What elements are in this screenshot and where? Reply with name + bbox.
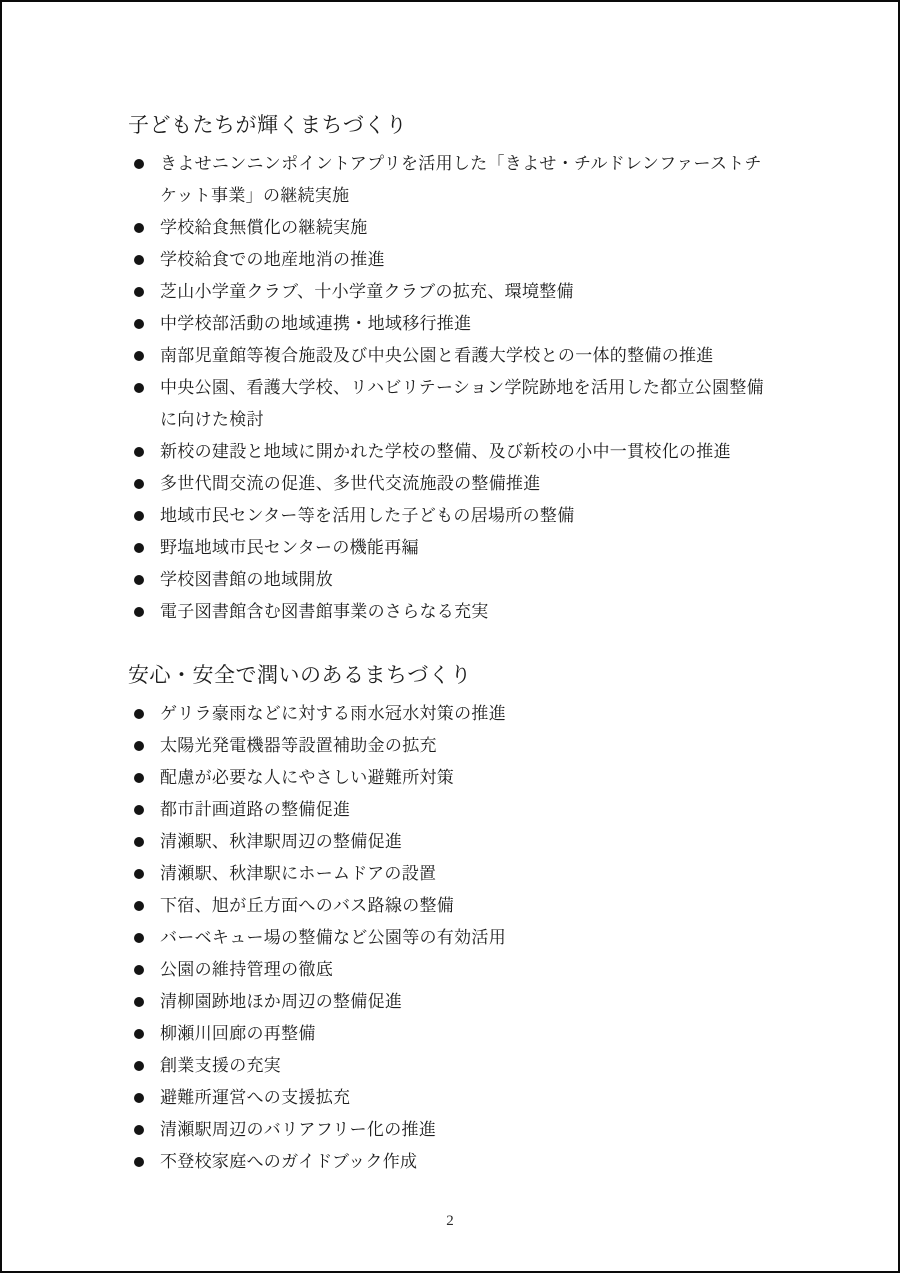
bullet-icon [134, 901, 144, 911]
list-item: 学校給食での地産地消の推進 [128, 244, 776, 276]
bullet-icon [134, 741, 144, 751]
list-item-text: 創業支援の充実 [160, 1056, 281, 1075]
list-item-text: 太陽光発電機器等設置補助金の拡充 [160, 736, 437, 755]
list-item-text: 清瀬駅、秋津駅周辺の整備促進 [160, 832, 402, 851]
bullet-icon [134, 383, 144, 393]
list-item-text: 学校給食での地産地消の推進 [160, 250, 385, 269]
bullet-icon [134, 575, 144, 585]
list-item: 地域市民センター等を活用した子どもの居場所の整備 [128, 500, 776, 532]
document-page: 子どもたちが輝くまちづくり きよせニンニンポイントアプリを活用した「きよせ・チル… [128, 110, 776, 1178]
list-item-text: 南部児童館等複合施設及び中央公園と看護大学校との一体的整備の推進 [160, 346, 714, 365]
bullet-icon [134, 709, 144, 719]
bullet-icon [134, 319, 144, 329]
list-item-text: 清瀬駅周辺のバリアフリー化の推進 [160, 1120, 436, 1139]
list-item: 清瀬駅、秋津駅周辺の整備促進 [128, 826, 776, 858]
list-item: 配慮が必要な人にやさしい避難所対策 [128, 762, 776, 794]
list-item-text: 芝山小学童クラブ、十小学童クラブの拡充、環境整備 [160, 282, 574, 301]
list-item: 清瀬駅、秋津駅にホームドアの設置 [128, 858, 776, 890]
list-item: 下宿、旭が丘方面へのバス路線の整備 [128, 890, 776, 922]
list-item-text: 都市計画道路の整備促進 [160, 800, 350, 819]
bullet-icon [134, 1157, 144, 1167]
list-item-text: 電子図書館含む図書館事業のさらなる充実 [160, 602, 489, 621]
list-item: 学校図書館の地域開放 [128, 564, 776, 596]
list-item: 不登校家庭へのガイドブック作成 [128, 1146, 776, 1178]
list-item-text: 中学校部活動の地域連携・地域移行推進 [160, 314, 471, 333]
list-item: 創業支援の充実 [128, 1050, 776, 1082]
list-item: 芝山小学童クラブ、十小学童クラブの拡充、環境整備 [128, 276, 776, 308]
list-item: ゲリラ豪雨などに対する雨水冠水対策の推進 [128, 698, 776, 730]
bullet-icon [134, 223, 144, 233]
bullet-icon [134, 607, 144, 617]
list-item-text: 野塩地域市民センターの機能再編 [160, 538, 419, 557]
section-safety: 安心・安全で潤いのあるまちづくり ゲリラ豪雨などに対する雨水冠水対策の推進太陽光… [128, 660, 776, 1178]
list-item-text: 地域市民センター等を活用した子どもの居場所の整備 [160, 506, 575, 525]
list-item: 多世代間交流の促進、多世代交流施設の整備推進 [128, 468, 776, 500]
list-item: 避難所運営への支援拡充 [128, 1082, 776, 1114]
bullet-icon [134, 965, 144, 975]
bullet-icon [134, 869, 144, 879]
list-item-text: 下宿、旭が丘方面へのバス路線の整備 [160, 896, 454, 915]
list-item-text: バーベキュー場の整備など公園等の有効活用 [160, 928, 506, 947]
bullet-icon [134, 933, 144, 943]
bullet-icon [134, 773, 144, 783]
list-item: 清瀬駅周辺のバリアフリー化の推進 [128, 1114, 776, 1146]
bullet-icon [134, 159, 144, 169]
bullet-icon [134, 479, 144, 489]
list-item: 中学校部活動の地域連携・地域移行推進 [128, 308, 776, 340]
list-item: バーベキュー場の整備など公園等の有効活用 [128, 922, 776, 954]
list-item-text: 新校の建設と地域に開かれた学校の整備、及び新校の小中一貫校化の推進 [160, 442, 731, 461]
list-item-text: 清柳園跡地ほか周辺の整備促進 [160, 992, 402, 1011]
bullet-icon [134, 805, 144, 815]
bullet-icon [134, 1029, 144, 1039]
list-item-text: 清瀬駅、秋津駅にホームドアの設置 [160, 864, 436, 883]
bullet-icon [134, 255, 144, 265]
list-item: 中央公園、看護大学校、リハビリテーション学院跡地を活用した都立公園整備に向けた検… [128, 372, 776, 436]
list-item-text: 学校図書館の地域開放 [160, 570, 333, 589]
list-item: 公園の維持管理の徹底 [128, 954, 776, 986]
page-number: 2 [0, 1210, 900, 1232]
list-item: 学校給食無償化の継続実施 [128, 212, 776, 244]
bullet-list: ゲリラ豪雨などに対する雨水冠水対策の推進太陽光発電機器等設置補助金の拡充配慮が必… [128, 698, 776, 1178]
list-item: 都市計画道路の整備促進 [128, 794, 776, 826]
list-item: 野塩地域市民センターの機能再編 [128, 532, 776, 564]
bullet-icon [134, 511, 144, 521]
bullet-icon [134, 1061, 144, 1071]
list-item: きよせニンニンポイントアプリを活用した「きよせ・チルドレンファーストチケット事業… [128, 148, 776, 212]
section-heading: 子どもたちが輝くまちづくり [128, 110, 776, 140]
list-item: 新校の建設と地域に開かれた学校の整備、及び新校の小中一貫校化の推進 [128, 436, 776, 468]
list-item: 太陽光発電機器等設置補助金の拡充 [128, 730, 776, 762]
list-item-text: ゲリラ豪雨などに対する雨水冠水対策の推進 [160, 704, 506, 723]
list-item-text: きよせニンニンポイントアプリを活用した「きよせ・チルドレンファーストチケット事業… [160, 154, 762, 205]
list-item: 清柳園跡地ほか周辺の整備促進 [128, 986, 776, 1018]
list-item-text: 不登校家庭へのガイドブック作成 [160, 1152, 417, 1171]
list-item-text: 配慮が必要な人にやさしい避難所対策 [160, 768, 454, 787]
bullet-icon [134, 447, 144, 457]
section-heading: 安心・安全で潤いのあるまちづくり [128, 660, 776, 690]
list-item-text: 多世代間交流の促進、多世代交流施設の整備推進 [160, 474, 541, 493]
bullet-icon [134, 351, 144, 361]
list-item-text: 避難所運営への支援拡充 [160, 1088, 350, 1107]
list-item-text: 学校給食無償化の継続実施 [160, 218, 368, 237]
list-item: 南部児童館等複合施設及び中央公園と看護大学校との一体的整備の推進 [128, 340, 776, 372]
list-item: 柳瀬川回廊の再整備 [128, 1018, 776, 1050]
bullet-icon [134, 837, 144, 847]
list-item-text: 柳瀬川回廊の再整備 [160, 1024, 316, 1043]
list-item: 電子図書館含む図書館事業のさらなる充実 [128, 596, 776, 628]
bullet-icon [134, 543, 144, 553]
bullet-icon [134, 1093, 144, 1103]
section-children: 子どもたちが輝くまちづくり きよせニンニンポイントアプリを活用した「きよせ・チル… [128, 110, 776, 628]
bullet-icon [134, 997, 144, 1007]
bullet-list: きよせニンニンポイントアプリを活用した「きよせ・チルドレンファーストチケット事業… [128, 148, 776, 628]
bullet-icon [134, 1125, 144, 1135]
list-item-text: 公園の維持管理の徹底 [160, 960, 333, 979]
list-item-text: 中央公園、看護大学校、リハビリテーション学院跡地を活用した都立公園整備に向けた検… [160, 378, 764, 429]
bullet-icon [134, 287, 144, 297]
